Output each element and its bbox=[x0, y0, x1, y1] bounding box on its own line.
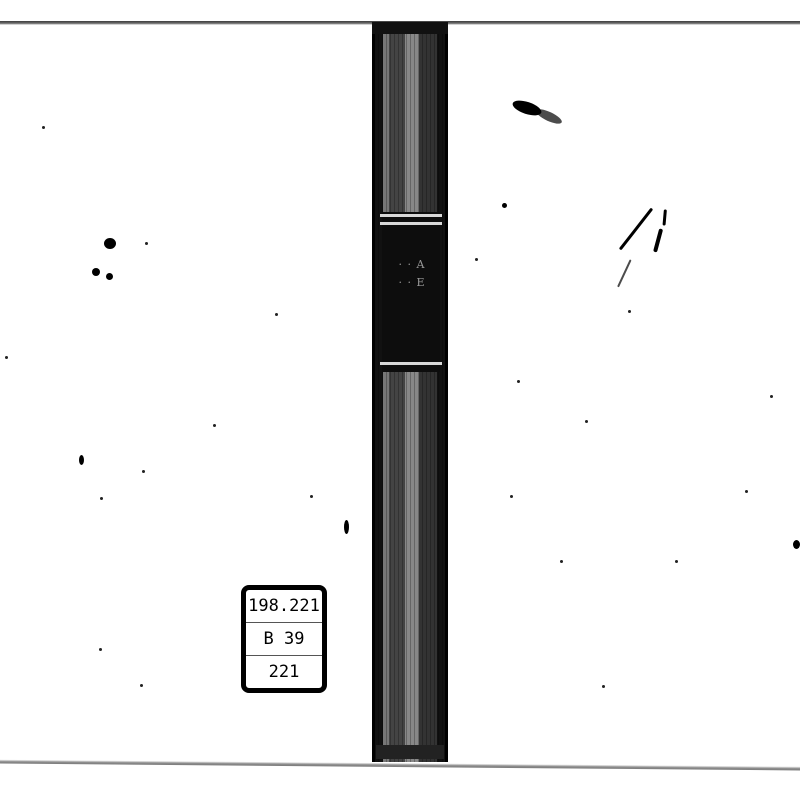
speck bbox=[5, 356, 8, 359]
call-number-label: 198.221 B 39 221 bbox=[241, 585, 327, 693]
speck bbox=[585, 420, 588, 423]
speck bbox=[510, 495, 513, 498]
stain-mark bbox=[793, 540, 800, 549]
speck bbox=[475, 258, 478, 261]
speck bbox=[142, 470, 145, 473]
call-number-class: 198.221 bbox=[246, 590, 322, 623]
speck bbox=[100, 497, 103, 500]
speck bbox=[675, 560, 678, 563]
speck bbox=[213, 424, 216, 427]
stain-mark bbox=[106, 273, 113, 280]
spine-tail-cap bbox=[376, 745, 444, 759]
speck bbox=[42, 126, 45, 129]
scanned-page: · · A · · E 198.221 B 39 221 bbox=[0, 0, 800, 800]
stain-mark bbox=[79, 455, 84, 465]
spine-gilt-band bbox=[380, 222, 442, 225]
stain-mark bbox=[92, 268, 100, 276]
speck bbox=[517, 380, 520, 383]
spine-gilt-band bbox=[380, 362, 442, 365]
spine-head-cap bbox=[372, 22, 448, 34]
spine-title-line: · · A bbox=[384, 258, 440, 271]
stain-mark bbox=[104, 238, 116, 249]
speck bbox=[140, 684, 143, 687]
speck bbox=[99, 648, 102, 651]
stain-mark bbox=[344, 520, 349, 534]
speck bbox=[628, 310, 631, 313]
speck bbox=[275, 313, 278, 316]
call-number-cutter: B 39 bbox=[246, 623, 322, 656]
speck bbox=[560, 560, 563, 563]
spine-gilt-band bbox=[380, 214, 442, 217]
speck bbox=[602, 685, 605, 688]
spine-title-panel bbox=[382, 212, 440, 372]
speck bbox=[770, 395, 773, 398]
call-number-item: 221 bbox=[246, 656, 322, 688]
speck bbox=[310, 495, 313, 498]
speck bbox=[145, 242, 148, 245]
speck bbox=[745, 490, 748, 493]
spine-title-line: · · E bbox=[384, 276, 440, 289]
book-spine bbox=[372, 22, 448, 762]
stain-mark bbox=[502, 203, 507, 208]
